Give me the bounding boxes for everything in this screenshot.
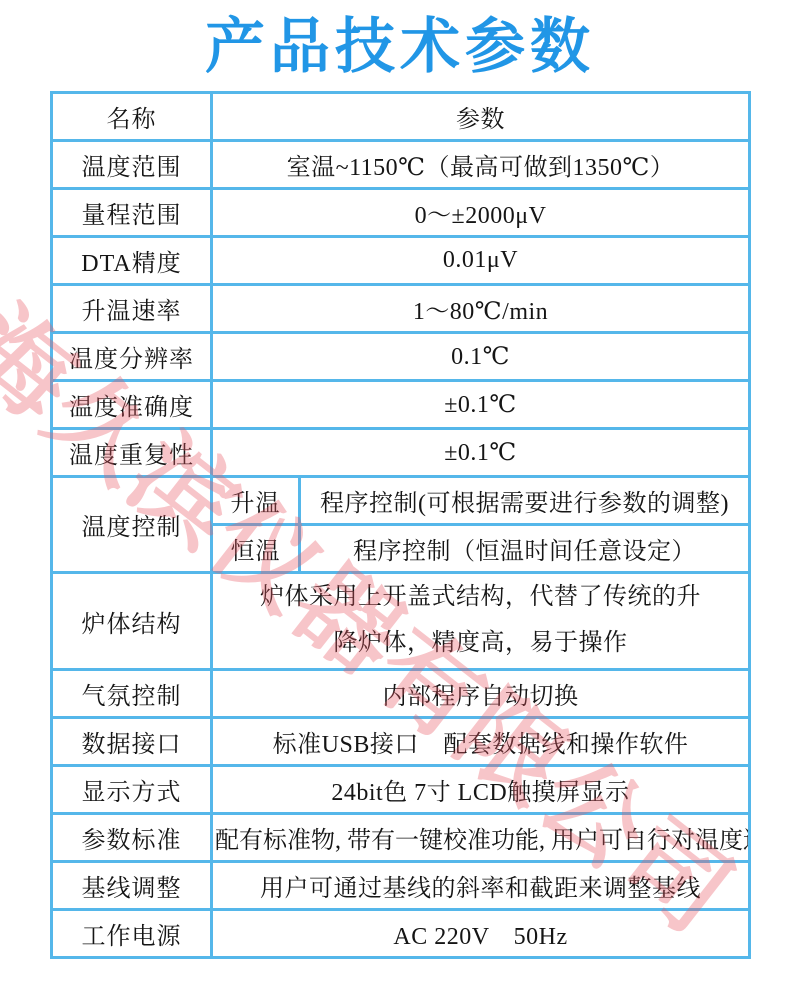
spec-label-cell: 显示方式: [52, 766, 212, 814]
spec-value-cell: ±0.1℃: [212, 429, 750, 477]
spec-value-cell: 程序控制(可根据需要进行参数的调整): [300, 477, 750, 525]
table-row: 温度重复性 ±0.1℃: [52, 429, 750, 477]
table-header-row: 名称 参数: [52, 93, 750, 141]
furnace-line-1: 炉体采用上开盖式结构，代替了传统的升: [215, 575, 746, 621]
spec-label-cell: 基线调整: [52, 862, 212, 910]
table-row: 气氛控制 内部程序自动切换: [52, 670, 750, 718]
spec-value-cell: 1～80℃/min: [212, 285, 750, 333]
spec-label-cell: DTA精度: [52, 237, 212, 285]
spec-label-cell: 参数标准: [52, 814, 212, 862]
table-row: 工作电源 AC 220V 50Hz: [52, 910, 750, 958]
table-row-furnace: 炉体结构 炉体采用上开盖式结构，代替了传统的升 降炉体，精度高，易于操作: [52, 573, 750, 670]
spec-label-cell: 量程范围: [52, 189, 212, 237]
spec-label-cell: 温度重复性: [52, 429, 212, 477]
spec-value-cell: ±0.1℃: [212, 381, 750, 429]
spec-value-cell: 0.01μV: [212, 237, 750, 285]
spec-value-cell: 程序控制（恒温时间任意设定）: [300, 525, 750, 573]
spec-value-cell: 炉体采用上开盖式结构，代替了传统的升 降炉体，精度高，易于操作: [212, 573, 750, 670]
table-row: 升温速率 1～80℃/min: [52, 285, 750, 333]
spec-value-cell: 标准USB接口 配套数据线和操作软件: [212, 718, 750, 766]
spec-label-cell: 升温速率: [52, 285, 212, 333]
page-title: 产品技术参数: [0, 0, 800, 81]
table-row: 显示方式 24bit色 7寸 LCD触摸屏显示: [52, 766, 750, 814]
spec-label-cell: 数据接口: [52, 718, 212, 766]
table-row: 量程范围 0～±2000μV: [52, 189, 750, 237]
subkey-cell: 升温: [212, 477, 300, 525]
spec-value-cell: 配有标准物, 带有一键校准功能, 用户可自行对温度进行校正: [212, 814, 750, 862]
spec-value-cell: 0.1℃: [212, 333, 750, 381]
table-row: 温度准确度 ±0.1℃: [52, 381, 750, 429]
spec-label-cell: 温度分辨率: [52, 333, 212, 381]
subkey-cell: 恒温: [212, 525, 300, 573]
spec-label-cell: 炉体结构: [52, 573, 212, 670]
spec-value-cell: 24bit色 7寸 LCD触摸屏显示: [212, 766, 750, 814]
table-row: 温度分辨率 0.1℃: [52, 333, 750, 381]
header-name-cell: 名称: [52, 93, 212, 141]
spec-label-cell: 工作电源: [52, 910, 212, 958]
spec-label-cell: 温度准确度: [52, 381, 212, 429]
table-row: DTA精度 0.01μV: [52, 237, 750, 285]
table-row: 温度范围 室温~1150℃（最高可做到1350℃）: [52, 141, 750, 189]
spec-label-cell: 温度范围: [52, 141, 212, 189]
spec-value-cell: 内部程序自动切换: [212, 670, 750, 718]
furnace-line-2: 降炉体，精度高，易于操作: [215, 621, 746, 667]
spec-value-cell: 室温~1150℃（最高可做到1350℃）: [212, 141, 750, 189]
table-row-temp-control-heating: 温度控制 升温 程序控制(可根据需要进行参数的调整): [52, 477, 750, 525]
spec-value-cell: 用户可通过基线的斜率和截距来调整基线: [212, 862, 750, 910]
spec-value-cell: AC 220V 50Hz: [212, 910, 750, 958]
table-row: 基线调整 用户可通过基线的斜率和截距来调整基线: [52, 862, 750, 910]
spec-value-cell: 0～±2000μV: [212, 189, 750, 237]
spec-label-cell: 气氛控制: [52, 670, 212, 718]
spec-table: 名称 参数 温度范围 室温~1150℃（最高可做到1350℃） 量程范围 0～±…: [50, 91, 751, 959]
spec-sheet-page: { "theme": { "title_color": "#2196e6", "…: [0, 0, 800, 1000]
header-param-cell: 参数: [212, 93, 750, 141]
spec-label-cell: 温度控制: [52, 477, 212, 573]
table-row: 数据接口 标准USB接口 配套数据线和操作软件: [52, 718, 750, 766]
table-row: 参数标准 配有标准物, 带有一键校准功能, 用户可自行对温度进行校正: [52, 814, 750, 862]
